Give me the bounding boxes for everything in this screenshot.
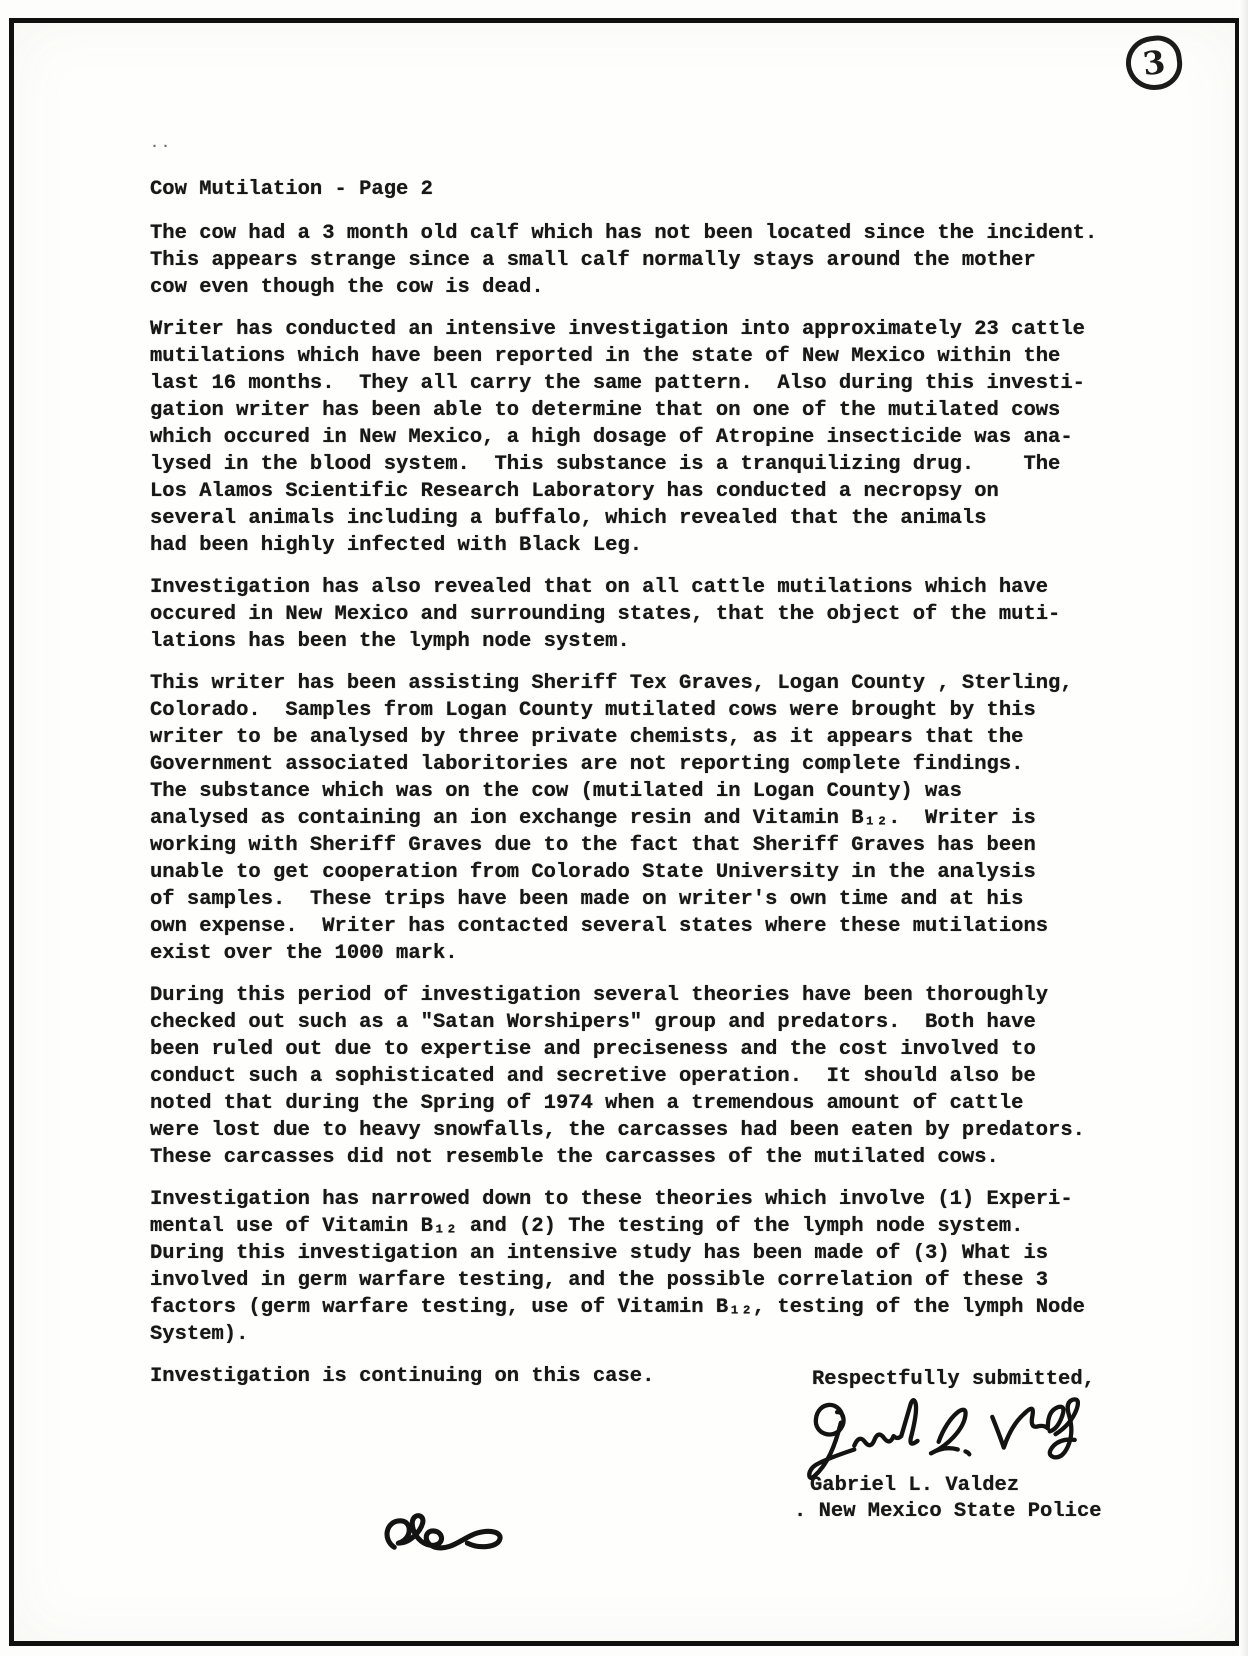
document-title: Cow Mutilation - Page 2 xyxy=(150,176,1150,203)
paragraph-calf: The cow had a 3 month old calf which has… xyxy=(150,220,1150,301)
paragraph-investigation-23-cattle: Writer has conducted an intensive invest… xyxy=(150,316,1150,559)
signer-organization: . New Mexico State Police xyxy=(794,1498,1102,1525)
scanned-document-page: 3 .. Cow Mutilation - Page 2 The cow had… xyxy=(0,0,1248,1656)
signer-name: Gabriel L. Valdez xyxy=(810,1472,1019,1499)
page-number: 3 xyxy=(1141,48,1166,78)
closing-salutation: Respectfully submitted, xyxy=(790,1366,1130,1393)
document-body: Cow Mutilation - Page 2 The cow had a 3 … xyxy=(150,176,1150,1405)
scan-edge-shadow xyxy=(1239,0,1248,1656)
closing-signature-block: Respectfully submitted, Gabriel L. Valde… xyxy=(790,1366,1130,1546)
handwritten-signature xyxy=(796,1392,1110,1484)
paragraph-lymph-node-object: Investigation has also revealed that on … xyxy=(150,574,1150,655)
paragraph-narrowed-theories: Investigation has narrowed down to these… xyxy=(150,1186,1150,1348)
dust-mark: .. xyxy=(150,130,172,157)
handwritten-initials-scribble xyxy=(378,1502,510,1566)
paragraph-sheriff-graves: This writer has been assisting Sheriff T… xyxy=(150,670,1150,967)
paragraph-theories-ruled-out: During this period of investigation seve… xyxy=(150,982,1150,1171)
